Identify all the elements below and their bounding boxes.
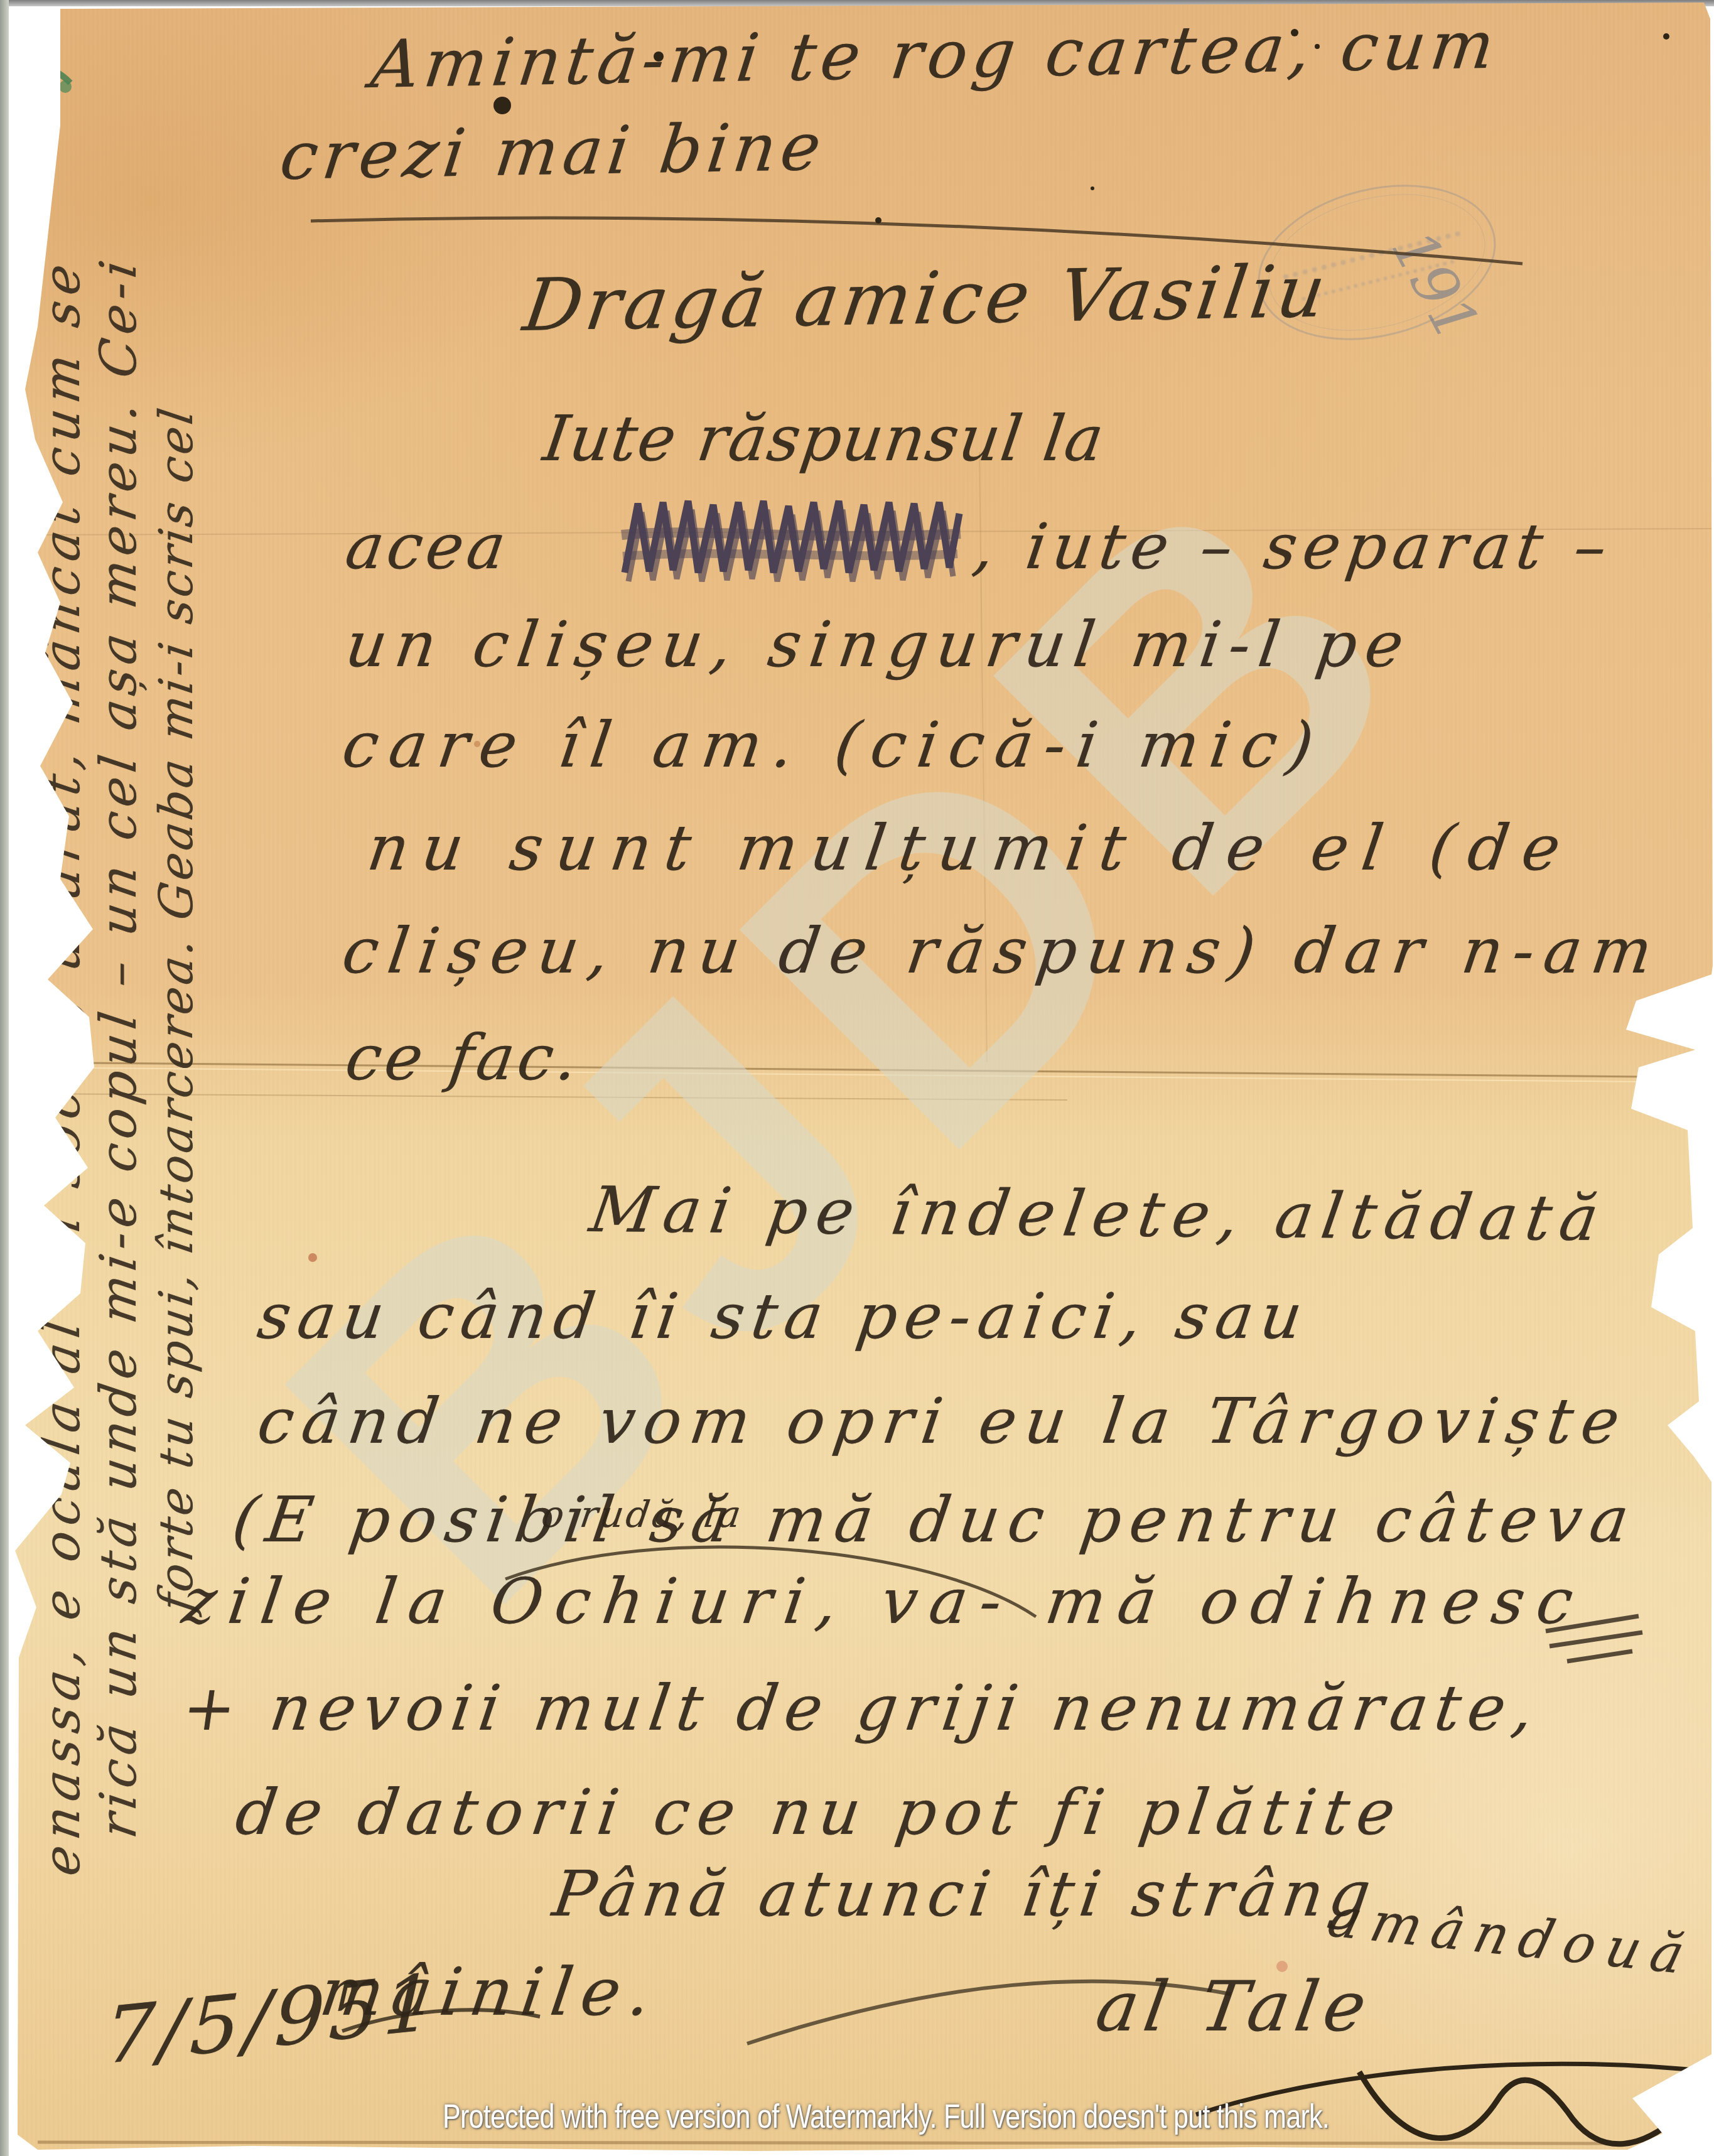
- strikethrough-scratch: [1546, 1616, 1642, 1661]
- ink-specks: [493, 29, 1669, 224]
- scanner-edge-left: [0, 0, 9, 2156]
- top-note-underline: [311, 218, 1523, 264]
- rust-freckles: [308, 741, 1288, 1972]
- insert-caret-line: [505, 1547, 1036, 1617]
- redaction-scribble: [622, 501, 961, 581]
- paper-sheet: BJDB 191 Amintă-mi te rog cartea, cum cr…: [0, 0, 1714, 2156]
- date-tail-swash: [342, 2010, 540, 2031]
- green-mark: [26, 68, 72, 93]
- ink-details: [0, 0, 1714, 2156]
- watermarkly-banner-text: Protected with free version of Watermark…: [443, 2097, 1329, 2136]
